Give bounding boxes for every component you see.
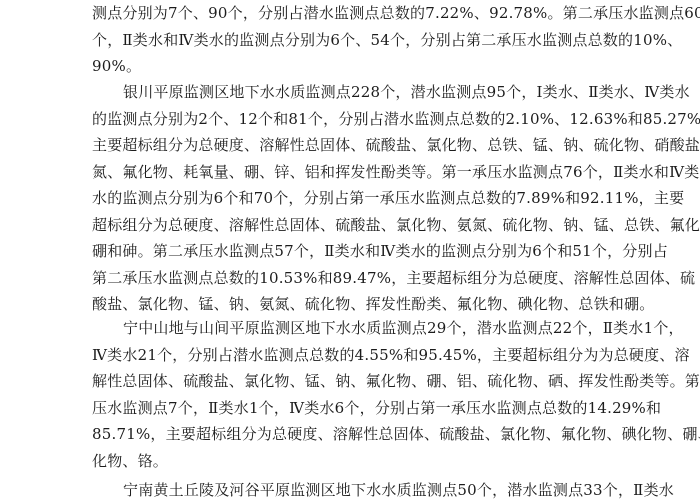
text-line: 的监测点分别为2个、12个和81个，分别占潜水监测点总数的2.10%、12.63… [92,106,622,133]
text-line: 宁南黄土丘陵及河谷平原监测区地下水水质监测点50个，潜水监测点33个，Ⅱ类水 [92,477,622,500]
text-line: 个，Ⅱ类水和Ⅳ类水的监测点分别为6个、54个，分别占第二承压水监测点总数的10%… [92,27,622,54]
text-line: 酸盐、氯化物、锰、钠、氨氮、硫化物、挥发性酚类、氟化物、碘化物、总铁和硼。 [92,291,622,318]
paragraph-ningnan: 宁南黄土丘陵及河谷平原监测区地下水水质监测点50个，潜水监测点33个，Ⅱ类水 [92,477,622,500]
text-line: 水的监测点分别为6个和70个，分别占第一承压水监测点总数的7.89%和92.11… [92,185,622,212]
text-line: 第二承压水监测点总数的10.53%和89.47%，主要超标组分为总硬度、溶解性总… [92,265,622,292]
document-page: 测点分别为7个、90个，分别占潜水监测点总数的7.22%、92.78%。第二承压… [0,0,700,500]
text-line: 超标组分为总硬度、溶解性总固体、硫酸盐、氯化物、氨氮、硫化物、钠、锰、总铁、氟化… [92,212,622,239]
text-line: 宁中山地与山间平原监测区地下水水质监测点29个，潜水监测点22个，Ⅱ类水1个， [92,315,622,342]
text-line: 压水监测点7个，Ⅱ类水1个，Ⅳ类水6个，分别占第一承压水监测点总数的14.29%… [92,395,622,422]
paragraph-shizuishan-tail: 测点分别为7个、90个，分别占潜水监测点总数的7.22%、92.78%。第二承压… [92,0,622,80]
text-line: 解性总固体、硫酸盐、氯化物、锰、钠、氟化物、硼、铝、硫化物、硒、挥发性酚类等。第… [92,368,622,395]
text-line: Ⅳ类水21个，分别占潜水监测点总数的4.55%和95.45%，主要超标组分为为总… [92,342,622,369]
text-line: 氮、氟化物、耗氧量、硼、锌、铝和挥发性酚类等。第一承压水监测点76个，Ⅱ类水和Ⅳ… [92,159,622,186]
text-line: 90%。 [92,53,622,80]
text-line: 85.71%，主要超标组分为总硬度、溶解性总固体、硫酸盐、氯化物、氟化物、碘化物… [92,421,622,448]
paragraph-yinchuan: 银川平原监测区地下水水质监测点228个，潜水监测点95个，Ⅰ类水、Ⅱ类水、Ⅳ类水… [92,79,622,318]
text-line: 银川平原监测区地下水水质监测点228个，潜水监测点95个，Ⅰ类水、Ⅱ类水、Ⅳ类水 [92,79,622,106]
text-line: 测点分别为7个、90个，分别占潜水监测点总数的7.22%、92.78%。第二承压… [92,0,622,27]
text-line: 硼和砷。第二承压水监测点57个，Ⅱ类水和Ⅳ类水的监测点分别为6个和51个，分别占 [92,238,622,265]
text-line: 主要超标组分为总硬度、溶解性总固体、硫酸盐、氯化物、总铁、锰、钠、硫化物、硝酸盐… [92,132,622,159]
text-line: 化物、铬。 [92,448,622,475]
paragraph-ningzhong: 宁中山地与山间平原监测区地下水水质监测点29个，潜水监测点22个，Ⅱ类水1个， … [92,315,622,474]
